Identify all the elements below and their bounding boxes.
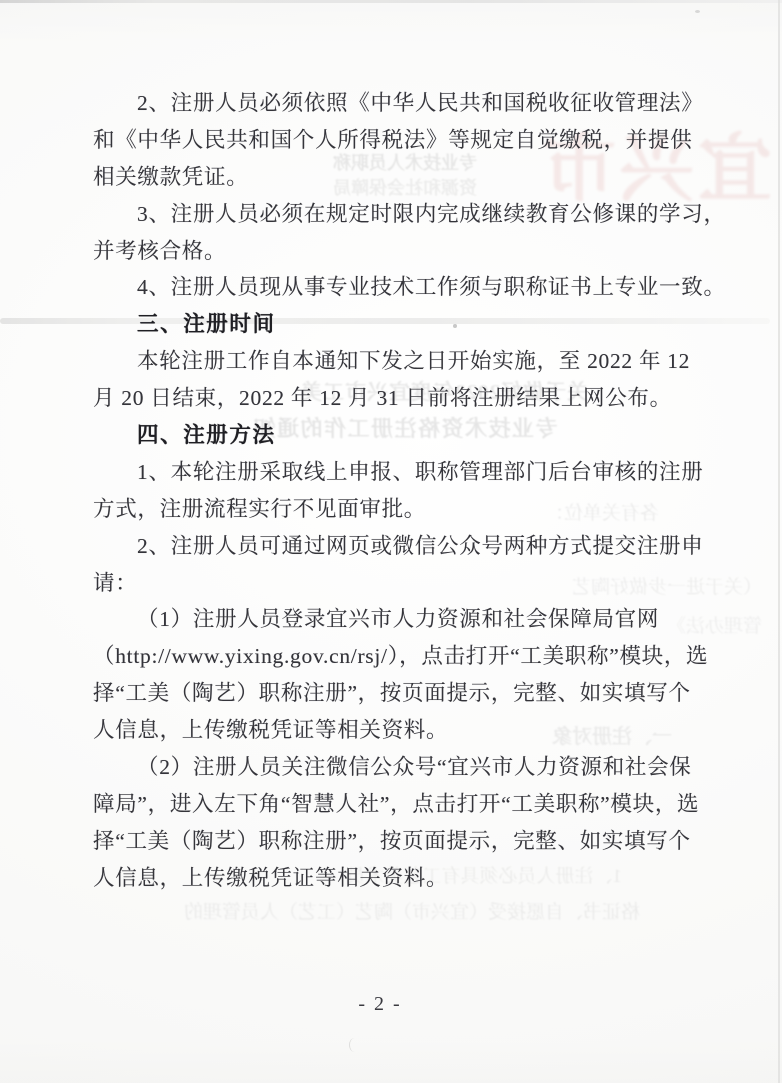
- scan-speck: [349, 1038, 360, 1052]
- section-heading: 四、注册方法: [93, 417, 709, 454]
- document-line: 2、注册人员可通过网页或微信公众号两种方式提交注册申: [93, 528, 709, 565]
- scan-edge-right: [778, 0, 780, 1083]
- document-line: 4、注册人员现从事专业技术工作须与职称证书上专业一致。: [93, 269, 709, 306]
- scan-edge-top: [0, 0, 782, 3]
- document-line: 并考核合格。: [93, 233, 709, 270]
- document-line: 相关缴款凭证。: [93, 159, 709, 196]
- document-line: 1、本轮注册采取线上申报、职称管理部门后台审核的注册: [93, 454, 709, 491]
- scan-speck: [453, 324, 457, 328]
- section-heading: 三、注册时间: [93, 306, 709, 343]
- document-line: （2）注册人员关注微信公众号“宜兴市人力资源和社会保: [93, 749, 709, 786]
- bleedthrough-text: 格证书、自愿接受（宜兴市）陶艺（工艺）人员管理的: [115, 897, 640, 924]
- document-line: （http://www.yixing.gov.cn/rsj/），点击打开“工美职…: [93, 638, 709, 675]
- document-line: 本轮注册工作自本通知下发之日开始实施，至 2022 年 12: [93, 343, 709, 380]
- document-line: 障局”，进入左下角“智慧人社”，点击打开“工美职称”模块，选: [93, 786, 709, 823]
- document-line: 人信息，上传缴税凭证等相关资料。: [93, 712, 709, 749]
- document-line: 月 20 日结束，2022 年 12 月 31 日前将注册结果上网公布。: [93, 380, 709, 417]
- scan-speck: [695, 10, 700, 13]
- document-content: 2、注册人员必须依照《中华人民共和国税收征收管理法》和《中华人民共和国个人所得税…: [93, 85, 709, 897]
- document-line: 请：: [93, 565, 709, 602]
- scanned-document-page: 宜兴市专业技术人员职称资源和社会保障局关于做好2022年度宜兴市工美专业技术资格…: [0, 0, 782, 1083]
- document-line: 2、注册人员必须依照《中华人民共和国税收征收管理法》: [93, 85, 709, 122]
- page-number: - 2 -: [0, 993, 760, 1016]
- document-line: 择“工美（陶艺）职称注册”，按页面提示，完整、如实填写个: [93, 675, 709, 712]
- document-line: 和《中华人民共和国个人所得税法》等规定自觉缴税，并提供: [93, 122, 709, 159]
- document-line: （1）注册人员登录宜兴市人力资源和社会保障局官网: [93, 601, 709, 638]
- document-line: 3、注册人员必须在规定时限内完成继续教育公修课的学习，: [93, 196, 709, 233]
- document-line: 方式，注册流程实行不见面审批。: [93, 491, 709, 528]
- document-line: 择“工美（陶艺）职称注册”，按页面提示，完整、如实填写个: [93, 823, 709, 860]
- document-line: 人信息，上传缴税凭证等相关资料。: [93, 860, 709, 897]
